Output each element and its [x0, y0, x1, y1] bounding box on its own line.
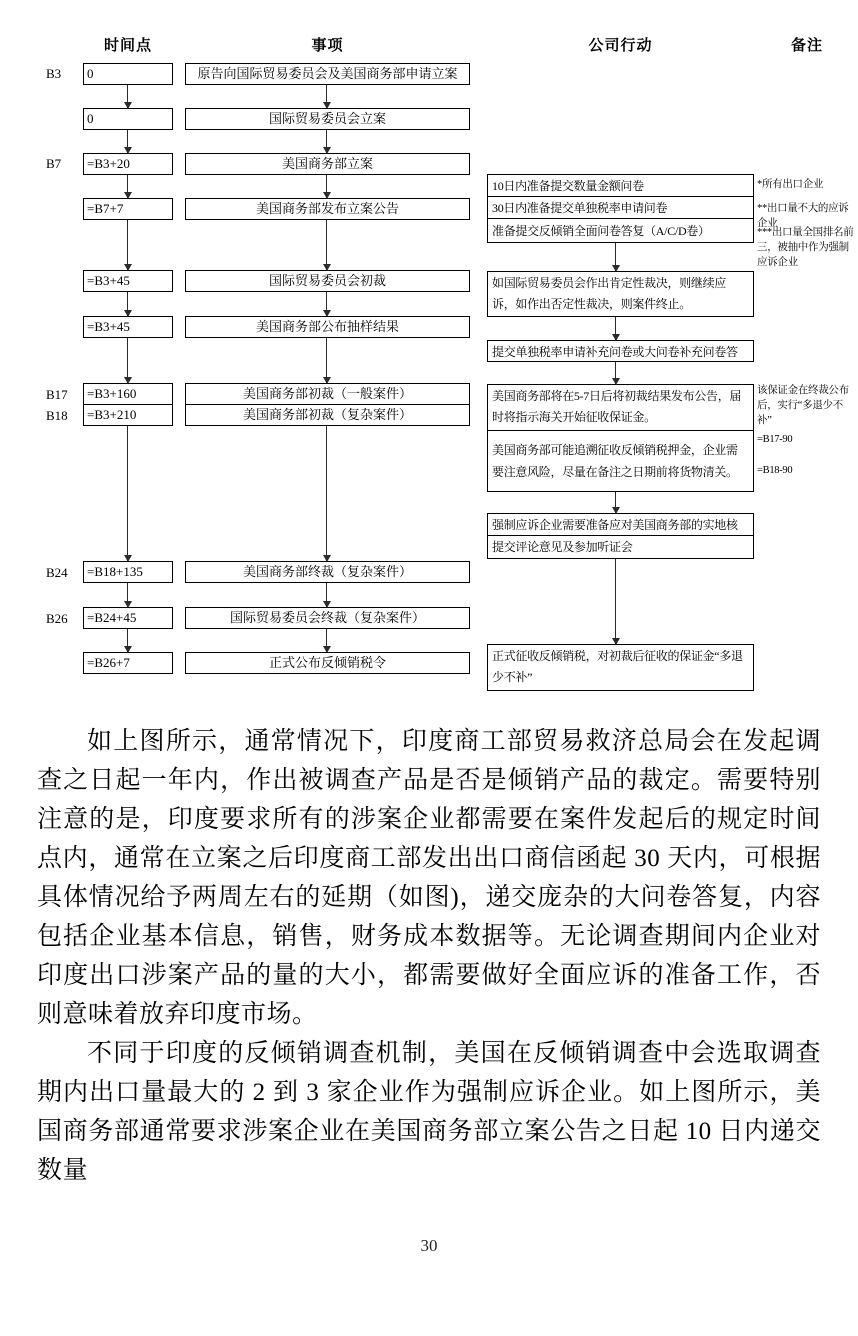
down-arrow — [127, 220, 128, 270]
action-box: 准备提交反倾销全面问卷答复（A/C/D卷） — [487, 218, 754, 243]
note-deposit-rule: 该保证金在终裁公布后，实行“多退少不补” — [757, 383, 857, 428]
down-arrow — [615, 243, 616, 271]
time-box: =B3+45 — [83, 316, 173, 338]
time-box: 0 — [83, 108, 173, 130]
note-top3-exporters: ***出口量全国排名前三，被抽中作为强制应诉企业 — [757, 225, 857, 270]
down-arrow — [326, 292, 327, 316]
down-arrow — [326, 175, 327, 198]
note-formula-b17: =B17-90 — [757, 432, 857, 447]
event-box: 美国商务部发布立案公告 — [185, 198, 470, 220]
action-box: 如国际贸易委员会作出肯定性裁决，则继续应诉，如作出否定性裁决，则案件终止。 — [487, 271, 754, 317]
event-box: 原告向国际贸易委员会及美国商务部申请立案 — [185, 63, 470, 85]
paragraph-us-procedure: 不同于印度的反倾销调查机制，美国在反倾销调查中会选取调查期内出口量最大的 2 到… — [37, 1034, 821, 1190]
event-box: 美国商务部公布抽样结果 — [185, 316, 470, 338]
antidumping-timeline-flowchart: 时间点 事项 公司行动 备注 B3 B7 B17 B18 B24 B26 0 0… — [0, 0, 858, 705]
down-arrow — [326, 130, 327, 153]
down-arrow — [326, 583, 327, 607]
event-box: 国际贸易委员会终裁（复杂案件） — [185, 607, 470, 629]
down-arrow — [615, 362, 616, 384]
action-box: 正式征收反倾销税，对初裁后征收的保证金“多退少不补” — [487, 644, 754, 691]
action-box: 强制应诉企业需要准备应对美国商务部的实地核查 — [487, 513, 754, 536]
down-arrow — [127, 175, 128, 198]
time-box: 0 — [83, 63, 173, 85]
event-box: 美国商务部立案 — [185, 153, 470, 175]
time-box: =B3+45 — [83, 270, 173, 292]
column-header-action: 公司行动 — [487, 34, 754, 55]
time-box: =B3+210 — [83, 404, 173, 426]
down-arrow — [326, 629, 327, 652]
row-label-b7: B7 — [46, 156, 82, 172]
down-arrow — [127, 85, 128, 108]
action-box: 10日内准备提交数量金额问卷 — [487, 174, 754, 197]
time-box: =B3+20 — [83, 153, 173, 175]
event-box: 美国商务部初裁（一般案件） — [185, 383, 470, 405]
paragraph-india-procedure: 如上图所示，通常情况下，印度商工部贸易救济总局会在发起调查之日起一年内，作出被调… — [37, 722, 821, 1034]
row-label-b24: B24 — [46, 565, 82, 581]
note-formula-b18: =B18-90 — [757, 463, 857, 478]
page-number: 30 — [0, 1236, 858, 1256]
down-arrow — [127, 426, 128, 561]
event-box: 美国商务部终裁（复杂案件） — [185, 561, 470, 583]
down-arrow — [127, 338, 128, 383]
down-arrow — [615, 559, 616, 644]
down-arrow — [127, 292, 128, 316]
row-label-b3: B3 — [46, 66, 82, 82]
row-label-b17: B17 — [46, 387, 82, 403]
time-box: =B3+160 — [83, 383, 173, 405]
action-box: 提交单独税率申请补充问卷或大问卷补充问卷答复 — [487, 340, 754, 362]
down-arrow — [127, 629, 128, 652]
action-box: 美国商务部将在5-7日后将初裁结果发布公告，届时将指示海关开始征收保证金。 — [487, 384, 754, 431]
down-arrow — [326, 338, 327, 383]
action-box: 30日内准备提交单独税率申请问卷 — [487, 196, 754, 219]
column-header-event: 事项 — [185, 34, 470, 55]
time-box: =B7+7 — [83, 198, 173, 220]
column-header-time: 时间点 — [83, 34, 173, 55]
time-box: =B26+7 — [83, 652, 173, 674]
down-arrow — [326, 220, 327, 270]
down-arrow — [127, 583, 128, 607]
event-box: 国际贸易委员会初裁 — [185, 270, 470, 292]
action-box: 提交评论意见及参加听证会 — [487, 535, 754, 559]
body-text: 如上图所示，通常情况下，印度商工部贸易救济总局会在发起调查之日起一年内，作出被调… — [37, 722, 821, 1190]
row-label-b18: B18 — [46, 408, 82, 424]
down-arrow — [326, 426, 327, 561]
down-arrow — [127, 130, 128, 153]
down-arrow — [615, 317, 616, 340]
event-box: 国际贸易委员会立案 — [185, 108, 470, 130]
time-box: =B18+135 — [83, 561, 173, 583]
event-box: 正式公布反倾销税令 — [185, 652, 470, 674]
column-header-note: 备注 — [757, 34, 857, 55]
action-box: 美国商务部可能追溯征收反倾销税押金，企业需要注意风险，尽量在备注之日期前将货物清… — [487, 430, 754, 492]
event-box: 美国商务部初裁（复杂案件） — [185, 404, 470, 426]
down-arrow — [326, 85, 327, 108]
note-all-exporters: *所有出口企业 — [757, 177, 857, 192]
time-box: =B24+45 — [83, 607, 173, 629]
down-arrow — [615, 492, 616, 513]
row-label-b26: B26 — [46, 611, 82, 627]
